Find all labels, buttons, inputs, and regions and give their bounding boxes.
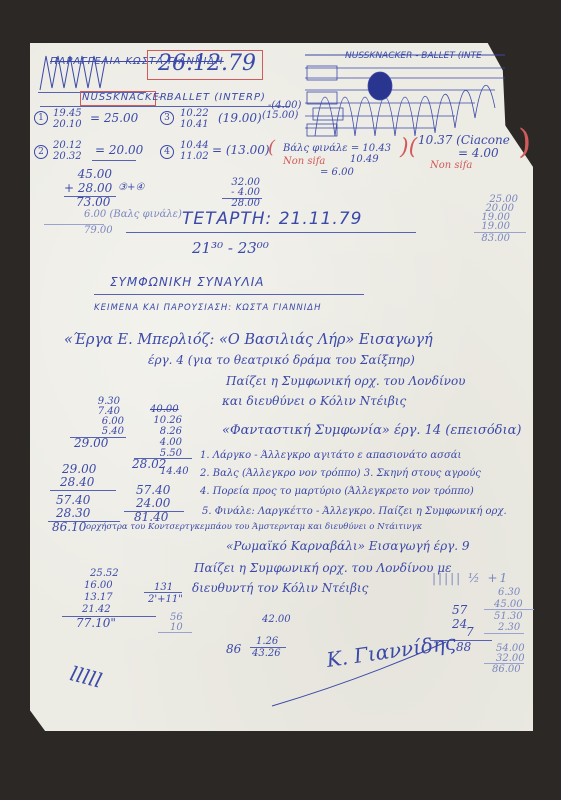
timing-3-start: 10.22 xyxy=(180,108,209,119)
ciacone-result: = 4.00 xyxy=(458,147,499,160)
underline xyxy=(158,632,192,633)
number-badge: 3 xyxy=(160,111,174,125)
calc-e-item: 25.52 xyxy=(90,568,119,579)
red-note-result: = 6.00 xyxy=(320,167,354,178)
red-note-nonsifa-1: Non sifa xyxy=(283,156,325,167)
number-badge: 4 xyxy=(160,145,174,159)
calc-e-item: 13.17 xyxy=(84,592,113,603)
timing-2: 2 xyxy=(34,144,51,159)
calc-c-item: 28.40 xyxy=(60,476,94,489)
calc-e-total: 77.10" xyxy=(76,617,116,630)
calc-b-item: 8.26 xyxy=(148,426,182,437)
timing-4-result: = (13.00) xyxy=(212,144,270,157)
calc-h-prefix: 86 xyxy=(226,643,241,656)
program-line: «Ρωμαϊκό Καρναβάλι» Εισαγωγή έργ. 9 xyxy=(226,540,470,553)
title-underline xyxy=(94,294,364,295)
movement-line: 2. Βαλς (Άλλεγκρο νον τρόππο) 3. Σκηνή σ… xyxy=(200,468,481,479)
underline xyxy=(144,592,182,593)
title-underline xyxy=(40,106,290,107)
ballet-title: NUSSKNACKER xyxy=(82,92,168,103)
red-note-line1: Βάλς φινάλε = 10.43 xyxy=(283,143,391,154)
calc-c-grand: 86.10 xyxy=(52,521,86,534)
timing-3-extra-top: -(4.00) xyxy=(268,100,301,111)
zigzag-scribble xyxy=(38,52,108,92)
right-bottom-total: 86.00 xyxy=(492,664,521,675)
program-line: ορχήστρα του Κοντσερτγκεμπάου του Άμστερ… xyxy=(86,523,422,532)
program-line: Παίζει η Συμφωνική ορχ. του Λονδίνου με xyxy=(194,562,452,575)
timing-3-extra: (15.00) xyxy=(262,110,298,121)
calc-b-crossed: 40.00 xyxy=(150,404,179,415)
signature-flourish xyxy=(270,640,450,710)
concert-subtitle: ΚΕΙΜΕΝΑ ΚΑΙ ΠΑΡΟΥΣΙΑΣΗ: ΚΩΣΤΑ ΓΙΑΝΝΙΔΗ xyxy=(94,304,322,313)
sum-left-note: ③+④ xyxy=(118,182,144,193)
right-col-total: 83.00 xyxy=(470,233,510,244)
crossed-out-grid: NUSSKNACKER - BALLET (INTE xyxy=(305,48,505,138)
program-line: διευθυντή τον Κόλιν Ντέιβις xyxy=(192,582,368,595)
timing-4-end: 11.02 xyxy=(180,151,209,162)
right-bottom-item: 51.30 xyxy=(494,611,523,622)
red-paren-open: ( xyxy=(268,138,275,158)
timing-1-end: 20.10 xyxy=(53,119,82,130)
timing-1: 1 xyxy=(34,110,51,125)
red-note-nonsifa-2: Non sifa xyxy=(430,160,472,171)
calc-h-top: 42.00 xyxy=(262,614,291,625)
calc-i-mid: 24 xyxy=(452,618,467,631)
calc-i-total: 88 xyxy=(456,641,471,654)
program-line: «Έργα Ε. Μπερλιόζ: «Ο Βασιλιάς Λήρ» Εισα… xyxy=(64,333,433,349)
right-bottom-item: 2.30 xyxy=(498,622,520,633)
movement-line: 5. Φινάλε: Λαργκέττο - Άλλεγκρο. Παίζει … xyxy=(202,506,507,517)
timing-4: 4 xyxy=(160,144,177,159)
movement-line: 4. Πορεία προς το μαρτύριο (Άλλεγκρετο ν… xyxy=(200,486,474,497)
timing-3: 3 xyxy=(160,110,177,125)
svg-text:NUSSKNACKER - BALLET (INTE: NUSSKNACKER - BALLET (INTE xyxy=(345,51,482,61)
timing-3-result: (19.00) xyxy=(218,112,262,125)
concert-title: ΣΥΜΦΩΝΙΚΗ ΣΥΝΑΥΛΙΑ xyxy=(110,276,265,289)
calc-e-item: 16.00 xyxy=(84,580,113,591)
timing-4-start: 10.44 xyxy=(180,140,209,151)
calc-i-mid2: 7 xyxy=(466,626,474,639)
sum-left-total: 73.00 xyxy=(76,196,110,209)
calc-f-bottom: 2'+11" xyxy=(148,594,183,605)
calc-d-total: 81.40 xyxy=(134,511,168,524)
tally-marks: ||||| ½ +1 xyxy=(432,572,509,585)
calc-b-item: 10.26 xyxy=(148,415,182,426)
timing-3-end: 10.41 xyxy=(180,119,209,130)
timing-2-result: = 20.00 xyxy=(95,144,143,157)
sum-left-faint-total: 79.00 xyxy=(84,225,113,236)
underline xyxy=(92,160,136,161)
calc-b-total2: 14.40 xyxy=(160,466,189,477)
day-date: ΤΕΤΑΡΤΗ: 21.11.79 xyxy=(182,210,362,229)
sum-left-a: 45.00 xyxy=(72,168,112,181)
program-line: και διευθύνει ο Κόλιν Ντέιβις xyxy=(222,395,406,408)
concert-time: 21³⁰ - 23⁰⁰ xyxy=(192,240,269,257)
sum-left-faint-note: 6.00 (Βαλς φινάλε) xyxy=(84,209,182,220)
calc-i-top: 57 xyxy=(452,604,467,617)
sum-left-b: + 28.00 xyxy=(64,182,112,195)
program-line: «Φανταστική Συμφωνία» έργ. 14 (επεισόδια… xyxy=(222,424,521,438)
underline xyxy=(484,633,524,634)
header-date: 26.12.79 xyxy=(158,52,256,76)
number-badge: 1 xyxy=(34,111,48,125)
underline xyxy=(484,609,534,610)
timing-1-start: 19.45 xyxy=(53,108,82,119)
red-note-line2: 10.49 xyxy=(350,154,379,165)
date-underline xyxy=(126,232,416,233)
red-paren-close: ) xyxy=(518,124,531,161)
calc-b-item: 4.00 xyxy=(148,437,182,448)
calc-c-plus: 28.30 xyxy=(56,507,90,520)
sum-mid-total: 28.00 xyxy=(224,198,260,209)
movement-line: 1. Λάργκο - Άλλεγκρο αγιτάτο ε απασιονάτ… xyxy=(200,450,461,461)
calc-a-total: 29.00 xyxy=(74,437,108,450)
program-line: Παίζει η Συμφωνική ορχ. του Λονδίνου xyxy=(226,375,465,388)
timing-1-result: = 25.00 xyxy=(90,112,138,125)
timing-2-start: 20.12 xyxy=(53,140,82,151)
number-badge: 2 xyxy=(34,145,48,159)
ballet-subtitle: - BALLET (INTERP) xyxy=(158,92,266,103)
calc-e-item: 21.42 xyxy=(82,604,111,615)
calc-d-item: 24.00 xyxy=(136,497,170,510)
red-paren-mid: )( xyxy=(400,136,417,160)
sum-mid-b: - 4.00 xyxy=(224,187,260,198)
program-line: έργ. 4 (για το θεατρικό δράμα του Σαίξπη… xyxy=(148,354,415,367)
timing-2-end: 20.32 xyxy=(53,151,82,162)
right-bottom-item: 6.30 xyxy=(498,587,520,598)
right-col-item: 19.00 xyxy=(470,221,510,232)
underline xyxy=(50,490,116,491)
